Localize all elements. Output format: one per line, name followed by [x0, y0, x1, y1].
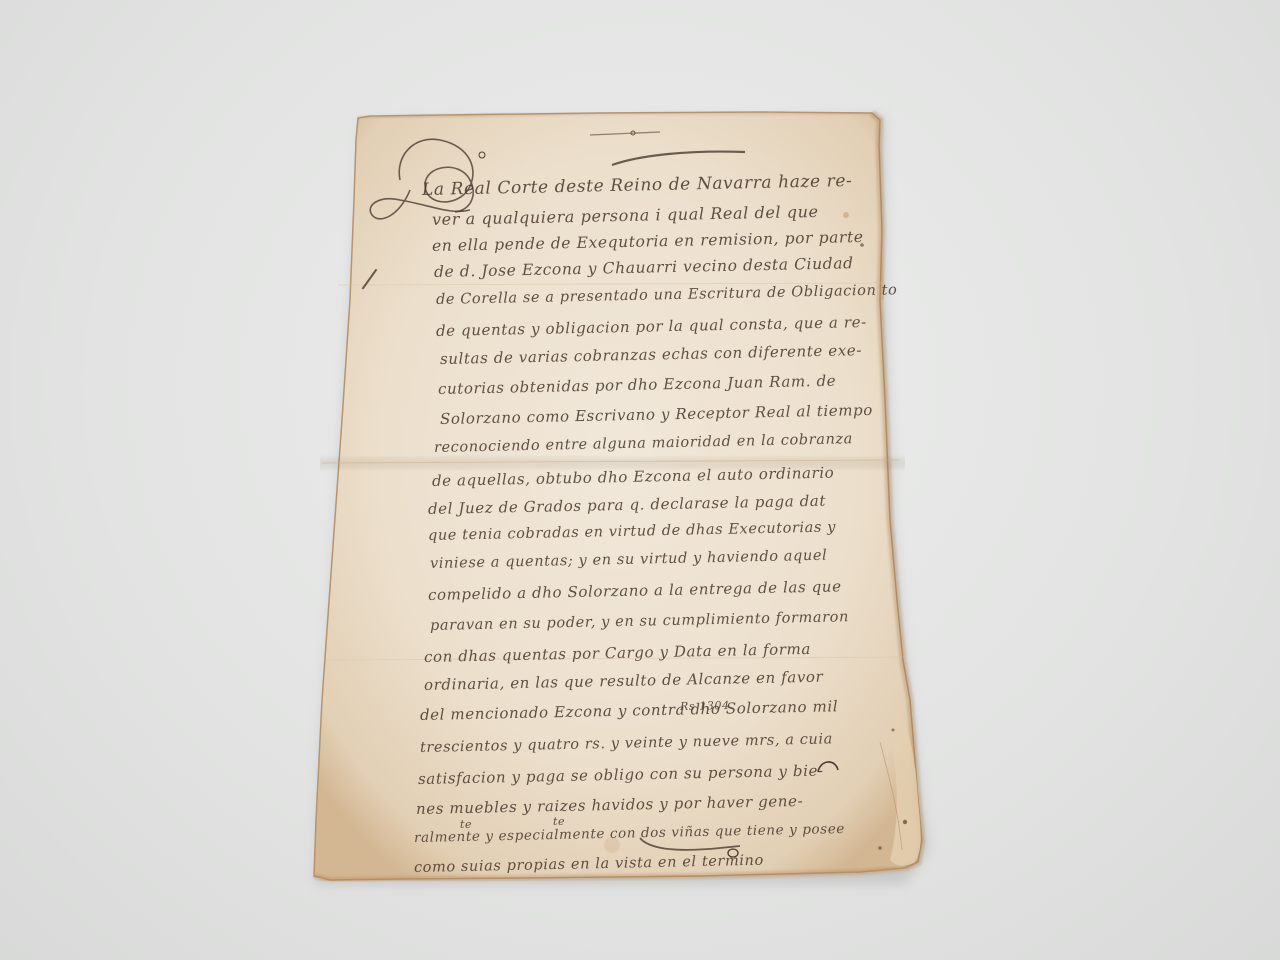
photo-scene: / La Real Corte deste Reino de Navarra h… — [0, 0, 1280, 960]
manuscript-sheet — [0, 0, 1280, 960]
paper-body — [314, 112, 922, 880]
